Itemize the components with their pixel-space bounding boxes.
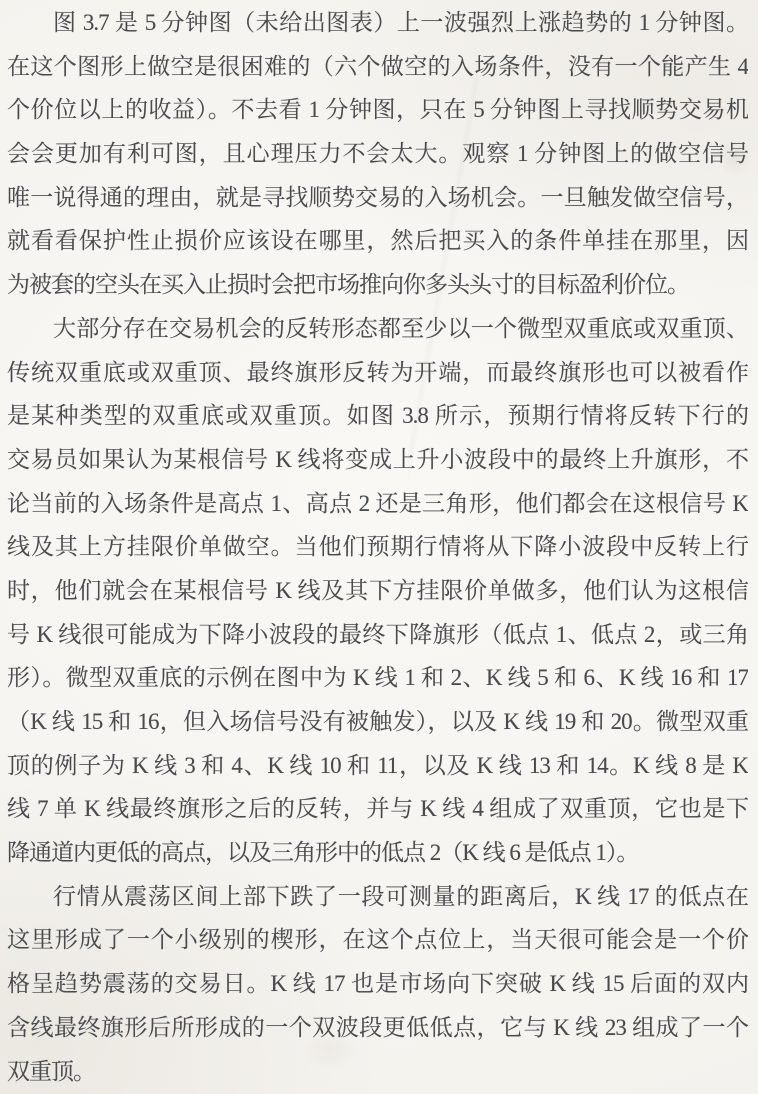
text-line: 传统双重底或双重顶、最终旗形反转为开端，而最终旗形也可以被看作 [7, 351, 748, 395]
text-line: 为被套的空头在买入止损时会把市场推向你多头头寸的目标盈利价位。 [7, 263, 748, 307]
text-line: 降通道内更低的高点，以及三角形中的低点 2（K 线 6 是低点 1）。 [7, 831, 748, 875]
text-line: 图 3.7 是 5 分钟图（未给出图表）上一波强烈上涨趋势的 1 分钟图。 [7, 1, 748, 45]
text-line: 号 K 线很可能成为下降小波段的最终下降旗形（低点 1、低点 2，或三角 [7, 613, 748, 657]
text-line: 行情从震荡区间上部下跌了一段可测量的距离后，K 线 17 的低点在 [7, 875, 748, 919]
text-line: 格呈趋势震荡的交易日。K 线 17 也是市场向下突破 K 线 15 后面的双内 [7, 962, 748, 1006]
text-line: 双重顶。 [7, 1050, 748, 1094]
text-line: 论当前的入场条件是高点 1、高点 2 还是三角形，他们都会在这根信号 K [7, 482, 748, 526]
text-line: 形）。微型双重底的示例在图中为 K 线 1 和 2、K 线 5 和 6、K 线 … [7, 656, 748, 700]
text-line: 大部分存在交易机会的反转形态都至少以一个微型双重底或双重顶、 [7, 307, 748, 351]
paragraph-2: 大部分存在交易机会的反转形态都至少以一个微型双重底或双重顶、 传统双重底或双重顶… [7, 307, 748, 875]
text-line: 唯一说得通的理由，就是寻找顺势交易的入场机会。一旦触发做空信号， [7, 176, 748, 220]
text-line: 线及其上方挂限价单做空。当他们预期行情将从下降小波段中反转上行 [7, 525, 748, 569]
text-line: 时，他们就会在某根信号 K 线及其下方挂限价单做多，他们认为这根信 [7, 569, 748, 613]
text-line: （K 线 15 和 16，但入场信号没有被触发），以及 K 线 19 和 20。… [7, 700, 748, 744]
text-line: 顶的例子为 K 线 3 和 4、K 线 10 和 11，以及 K 线 13 和 … [7, 744, 748, 788]
text-line: 是某种类型的双重底或双重顶。如图 3.8 所示，预期行情将反转下行的 [7, 394, 748, 438]
text-line: 个价位以上的收益）。不去看 1 分钟图，只在 5 分钟图上寻找顺势交易机 [7, 88, 748, 132]
text-line: 线 7 单 K 线最终旗形之后的反转，并与 K 线 4 组成了双重顶，它也是下 [7, 787, 748, 831]
book-page: 图 3.7 是 5 分钟图（未给出图表）上一波强烈上涨趋势的 1 分钟图。 在这… [7, 1, 748, 1093]
paragraph-1: 图 3.7 是 5 分钟图（未给出图表）上一波强烈上涨趋势的 1 分钟图。 在这… [7, 1, 748, 307]
text-line: 在这个图形上做空是很困难的（六个做空的入场条件，没有一个能产生 4 [7, 45, 748, 89]
text-line: 交易员如果认为某根信号 K 线将变成上升小波段中的最终上升旗形，不 [7, 438, 748, 482]
text-line: 就看看保护性止损价应该设在哪里，然后把买入的条件单挂在那里，因 [7, 219, 748, 263]
text-line: 会会更加有利可图，且心理压力不会太大。观察 1 分钟图上的做空信号 [7, 132, 748, 176]
text-line: 含线最终旗形后所形成的一个双波段更低低点，它与 K 线 23 组成了一个 [7, 1006, 748, 1050]
text-line: 这里形成了一个小级别的楔形，在这个点位上，当天很可能会是一个价 [7, 918, 748, 962]
paragraph-3: 行情从震荡区间上部下跌了一段可测量的距离后，K 线 17 的低点在 这里形成了一… [7, 875, 748, 1093]
